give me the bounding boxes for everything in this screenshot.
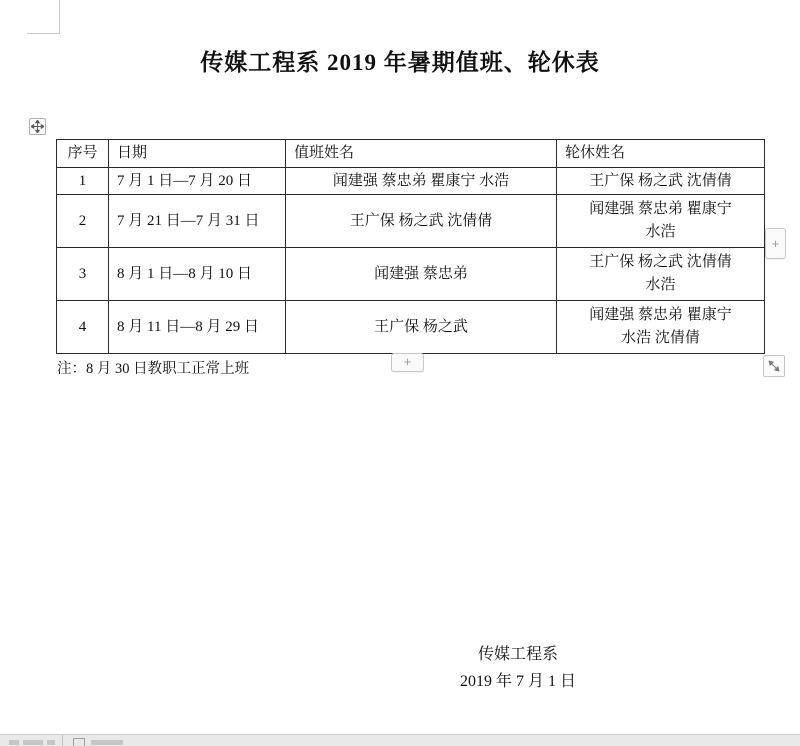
page-corner-mark-vertical	[59, 0, 60, 34]
signature-department[interactable]: 传媒工程系	[378, 641, 658, 668]
header-date[interactable]: 日期	[109, 140, 286, 168]
cell-seq[interactable]: 2	[57, 195, 109, 248]
statusbar-clipped-text	[9, 740, 19, 745]
table-row: 1 7 月 1 日—7 月 20 日 闻建强 蔡忠弟 瞿康宁 水浩 王广保 杨之…	[57, 168, 765, 195]
cell-date[interactable]: 7 月 21 日—7 月 31 日	[109, 195, 286, 248]
cell-rest[interactable]: 王广保 杨之武 沈倩倩	[557, 168, 765, 195]
cell-duty[interactable]: 闻建强 蔡忠弟 瞿康宁 水浩	[286, 168, 557, 195]
cell-seq[interactable]: 3	[57, 248, 109, 301]
cell-rest[interactable]: 王广保 杨之武 沈倩倩 水浩	[557, 248, 765, 301]
add-row-button[interactable]: +	[391, 353, 424, 372]
cell-rest[interactable]: 闻建强 蔡忠弟 瞿康宁 水浩 沈倩倩	[557, 301, 765, 354]
cell-date[interactable]: 7 月 1 日—7 月 20 日	[109, 168, 286, 195]
duty-schedule-table: 序号 日期 值班姓名 轮休姓名 1 7 月 1 日—7 月 20 日 闻建强 蔡…	[56, 139, 765, 354]
cell-duty[interactable]: 王广保 杨之武 沈倩倩	[286, 195, 557, 248]
table-resize-handle[interactable]	[763, 355, 785, 377]
cell-duty[interactable]: 王广保 杨之武	[286, 301, 557, 354]
statusbar-clipped-icon	[73, 738, 85, 746]
cell-seq[interactable]: 4	[57, 301, 109, 354]
header-seq[interactable]: 序号	[57, 140, 109, 168]
header-duty[interactable]: 值班姓名	[286, 140, 557, 168]
page-corner-mark-horizontal	[27, 33, 60, 34]
signature-block: 传媒工程系 2019 年 7 月 1 日	[378, 641, 658, 695]
statusbar-clipped-text	[47, 740, 55, 745]
cell-seq[interactable]: 1	[57, 168, 109, 195]
note-text[interactable]: 注：8 月 30 日教职工正常上班	[57, 357, 249, 378]
statusbar-clipped-text	[91, 740, 123, 745]
table-row: 3 8 月 1 日—8 月 10 日 闻建强 蔡忠弟 王广保 杨之武 沈倩倩 水…	[57, 248, 765, 301]
statusbar-clipped-text	[23, 740, 43, 745]
diagonal-resize-icon	[767, 359, 781, 373]
table-row: 4 8 月 11 日—8 月 29 日 王广保 杨之武 闻建强 蔡忠弟 瞿康宁 …	[57, 301, 765, 354]
statusbar-divider	[62, 735, 63, 746]
table-move-handle[interactable]	[29, 118, 46, 135]
cell-date[interactable]: 8 月 11 日—8 月 29 日	[109, 301, 286, 354]
header-rest[interactable]: 轮休姓名	[557, 140, 765, 168]
cell-duty[interactable]: 闻建强 蔡忠弟	[286, 248, 557, 301]
cell-date[interactable]: 8 月 1 日—8 月 10 日	[109, 248, 286, 301]
cell-rest[interactable]: 闻建强 蔡忠弟 瞿康宁 水浩	[557, 195, 765, 248]
table-row: 2 7 月 21 日—7 月 31 日 王广保 杨之武 沈倩倩 闻建强 蔡忠弟 …	[57, 195, 765, 248]
table-header-row: 序号 日期 值班姓名 轮休姓名	[57, 140, 765, 168]
move-arrows-icon	[31, 120, 44, 133]
add-column-button[interactable]: +	[765, 228, 786, 259]
status-bar[interactable]	[0, 734, 800, 746]
page-title[interactable]: 传媒工程系 2019 年暑期值班、轮休表	[0, 44, 800, 77]
signature-date[interactable]: 2019 年 7 月 1 日	[378, 668, 658, 695]
document-page: 传媒工程系 2019 年暑期值班、轮休表 序号 日期	[0, 0, 800, 746]
